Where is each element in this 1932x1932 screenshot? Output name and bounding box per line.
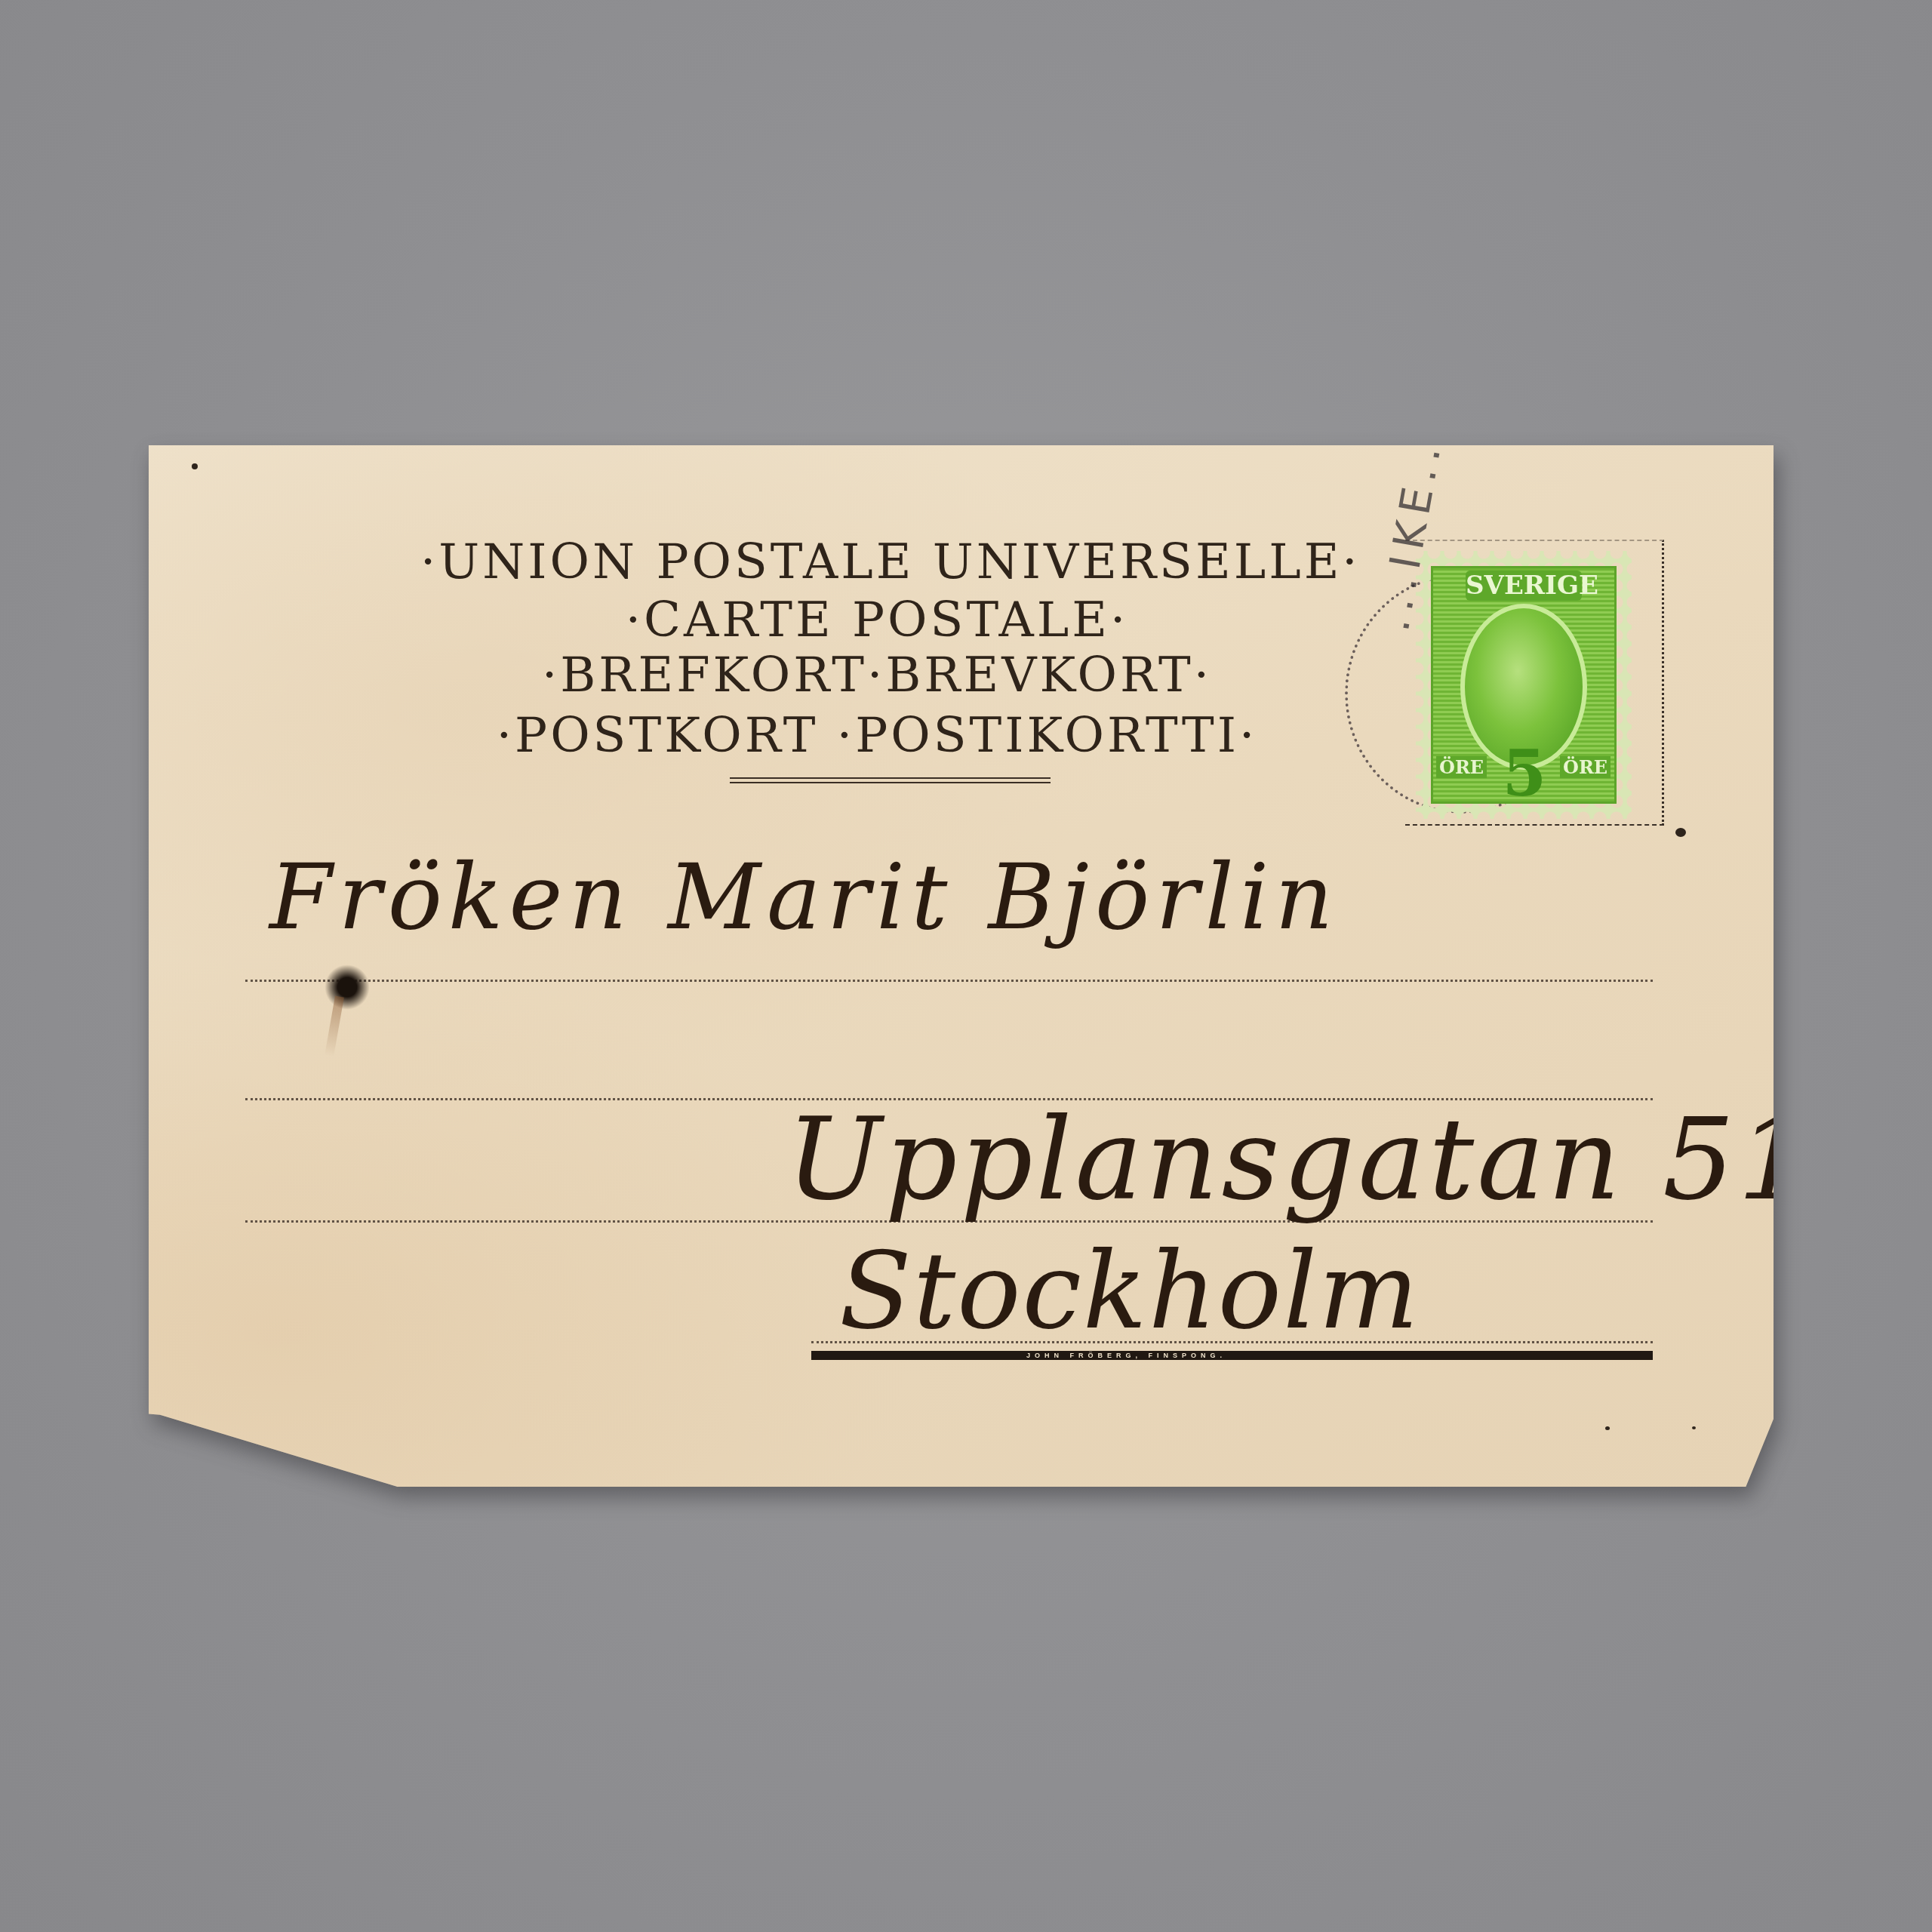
spot xyxy=(1692,1426,1696,1429)
header-rule-bottom xyxy=(730,782,1051,783)
address-line-1 xyxy=(245,980,1653,982)
printer-imprint: JOHN FRÖBERG, FINSPONG. xyxy=(1026,1352,1226,1359)
header-line-4: ·POSTKORT ·POSTIKORTTI· xyxy=(497,708,1258,764)
header-postkort: ·POSTKORT ·POSTIKORTTI· xyxy=(420,708,1334,764)
header-line-1: ·UNION POSTALE UNIVERSELLE· xyxy=(420,534,1361,590)
postcard-shadow: ·UNION POSTALE UNIVERSELLE· ·CARTE POSTA… xyxy=(0,0,1932,1932)
ink-blot xyxy=(325,964,370,1010)
postcard: ·UNION POSTALE UNIVERSELLE· ·CARTE POSTA… xyxy=(149,445,1774,1487)
street-address: Upplansgatan 51 xyxy=(786,1094,1813,1226)
header-rule-top xyxy=(730,777,1051,779)
recipient-name: Fröken Marit Björlin xyxy=(269,845,1340,950)
stamp-country: SVERIGE xyxy=(1466,571,1582,601)
stamp-currency-left: ÖRE xyxy=(1436,756,1487,778)
header-line-2: ·CARTE POSTALE· xyxy=(626,592,1129,648)
spot xyxy=(192,463,198,469)
printer-imprint-bar: JOHN FRÖBERG, FINSPONG. xyxy=(811,1351,1653,1360)
stamp-value: 5 xyxy=(1498,743,1551,804)
stamp-currency-right: ÖRE xyxy=(1560,756,1611,778)
city: Stockholm xyxy=(839,1230,1420,1353)
spot xyxy=(1675,828,1686,837)
header-line-3: ·BREFKORT·BREVKORT· xyxy=(542,648,1212,703)
header-brefkort: ·BREFKORT·BREVKORT· xyxy=(420,648,1334,703)
header-union-postale: ·UNION POSTALE UNIVERSELLE· xyxy=(420,534,1334,590)
spot xyxy=(1605,1426,1610,1430)
header-carte-postale: ·CARTE POSTALE· xyxy=(420,592,1334,648)
